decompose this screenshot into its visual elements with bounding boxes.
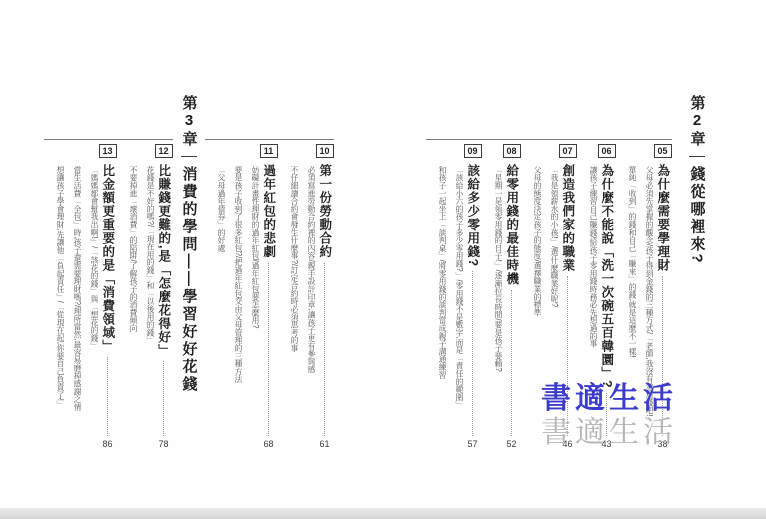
section-number-badge: 05 (654, 144, 672, 158)
section-subtitle: 必須寫進勞動合約裡的內容/親手設計印章,讓孩子更有參與感 (298, 144, 315, 449)
toc-section-13: 13 比金額更重要的是「消費領域」 86 「媽媽都會幫我出啊!」/「該花的錢」與… (47, 144, 117, 449)
section-number-badge: 12 (155, 144, 173, 158)
toc-entry-13: 13 比金額更重要的是「消費領域」 86 (98, 144, 117, 449)
section-subtitle: 不要掉進「壞消費」的陷阱/了解孩子的消費傾向 (120, 144, 137, 449)
page-number: 57 (467, 439, 477, 449)
section-subtitle: 父母的態度決定孩子的態度/選擇職業的標準 (524, 144, 541, 449)
section-subtitle: 妨礙計畫性理財的過年紅包/過年紅包要怎麼用? (242, 144, 259, 449)
page-number: 78 (158, 439, 168, 449)
toc-entry-09: 09 該給多少零用錢? 57 (463, 144, 482, 449)
section-subtitle: 「星期一是領零用錢的日子!」/逐漸拉長時間/要是孩子要賴? (485, 144, 502, 449)
section-subtitle: 和孩子一起坐上「談判桌」/將零用錢的談判當成親子溝通練習 (429, 144, 446, 449)
page-number: 61 (319, 439, 329, 449)
scan-bottom-shadow (0, 508, 766, 519)
toc-section-11: 11 過年紅包的悲劇 68 妨礙計畫性理財的過年紅包/過年紅包要怎麼用? 要是孩… (208, 144, 278, 449)
toc-section-09: 09 該給多少零用錢? 57 「該給小六的孩子多少零用錢?」/零用錢不是數字,而… (429, 144, 482, 449)
section-title: 過年紅包的悲劇 (262, 164, 275, 259)
dotted-leader (268, 263, 269, 437)
chapter-3-section-group: 12 比賺錢更難的,是「怎麼花得好」 78 花錢是不好的嗎?/「現在用的錢」和「… (44, 139, 173, 449)
page-number: 86 (102, 439, 112, 449)
section-subtitle: 「媽媽都會幫我出啊!」/「該花的錢」與「想花的錢」 (81, 144, 98, 449)
chapter-3-header: 第3章 消費的學問——學習好好花錢 (178, 95, 200, 453)
toc-section-08: 08 給零用錢的最佳時機 52 「星期一是領零用錢的日子!」/逐漸拉長時間/要是… (485, 144, 521, 449)
chapter-2-separator (689, 156, 705, 157)
section-number-badge: 09 (464, 144, 482, 158)
section-title: 為什麼不能說「洗一次碗五百韓圜」? (600, 164, 613, 389)
toc-entry-12: 12 比賺錢更難的,是「怎麼花得好」 78 (154, 144, 173, 449)
chapter-2-label: 第2章 (690, 95, 705, 148)
section-number-badge: 10 (316, 144, 334, 158)
toc-entry-10: 10 第一份勞動合約 61 (315, 144, 334, 449)
dotted-leader (163, 361, 164, 436)
section-title: 比金額更重要的是「消費領域」 (101, 164, 114, 353)
section-subtitle: 想讓孩子學會理財,先讓他「負起責任」/「從現在起,你要自己負責了!」 (47, 144, 64, 449)
dotted-leader (324, 263, 325, 437)
section-number-badge: 11 (260, 144, 278, 158)
section-number-badge: 08 (503, 144, 521, 158)
section-title: 第一份勞動合約 (318, 164, 331, 259)
page-number: 52 (506, 439, 516, 449)
section-title: 創造我們家的職業 (561, 164, 574, 272)
section-title: 比賺錢更難的,是「怎麼花得好」 (157, 164, 170, 357)
section-number-badge: 07 (559, 144, 577, 158)
book-toc-spread: 第2章 錢從哪裡來? 05 為什麼需要學理財 38 父母必須先掌握的觀念/孩子得… (0, 0, 766, 519)
dotted-leader (107, 357, 108, 436)
section-title: 為什麼需要學理財 (656, 164, 669, 272)
toc-left-page: 10 第一份勞動合約 61 必須寫進勞動合約裡的內容/親手設計印章,讓孩子更有參… (50, 95, 334, 453)
toc-entry-08: 08 給零用錢的最佳時機 52 (502, 144, 521, 449)
chapter-3-separator (181, 156, 197, 157)
dotted-leader (511, 290, 512, 437)
section-title: 該給多少零用錢? (466, 164, 479, 267)
chapter-3-title: 消費的學問——學習好好花錢 (182, 166, 197, 394)
section-subtitle: 不仔細讀合約會發生什麼事?/訂定合約時必須思考的事 (281, 144, 298, 449)
chapter-2-continued-section-group: 10 第一份勞動合約 61 必須寫進勞動合約裡的內容/親手設計印章,讓孩子更有參… (205, 139, 334, 449)
section-subtitle: 要是孩子收到了很多紅包?/把過年紅包交由父母管理的三種方法 (225, 144, 242, 449)
watermark-primary: 書適生活 (541, 384, 677, 414)
section-number-badge: 06 (598, 144, 616, 158)
section-subtitle: 「父母過年債券」的好處 (208, 144, 225, 449)
toc-entry-11: 11 過年紅包的悲劇 68 (259, 144, 278, 449)
page-number: 68 (263, 439, 273, 449)
section-number-badge: 13 (99, 144, 117, 158)
section-subtitle: 當生活費「全包」時,孩子還需要理財嗎?/理所當然,最容易磨掉感謝之情 (64, 144, 81, 449)
toc-section-10: 10 第一份勞動合約 61 必須寫進勞動合約裡的內容/親手設計印章,讓孩子更有參… (281, 144, 334, 449)
chapter-2-header: 第2章 錢從哪裡來? (686, 95, 708, 453)
dotted-leader (472, 271, 473, 436)
chapter-3-label: 第3章 (182, 95, 197, 148)
section-subtitle: 花錢是不好的嗎?/「現在用的錢」和「以後用的錢」 (137, 144, 154, 449)
toc-section-12: 12 比賺錢更難的,是「怎麼花得好」 78 花錢是不好的嗎?/「現在用的錢」和「… (120, 144, 173, 449)
section-subtitle: 「該給小六的孩子多少零用錢?」/零用錢不是數字,而是「責任的範圍」 (446, 144, 463, 449)
watermark-secondary: 書適生活 (541, 418, 677, 448)
section-title: 給零用錢的最佳時機 (505, 164, 518, 286)
chapter-2-title: 錢從哪裡來? (690, 166, 705, 265)
